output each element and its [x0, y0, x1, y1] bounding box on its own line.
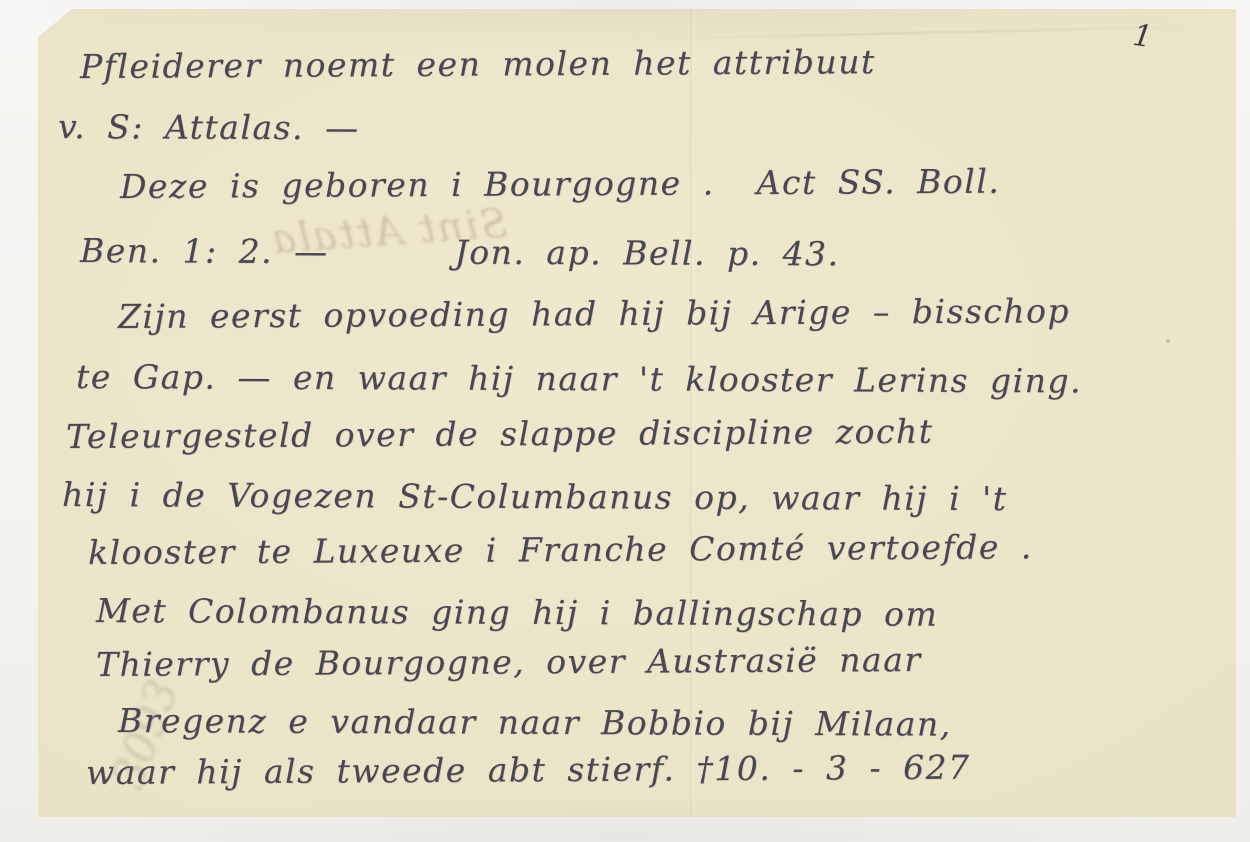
paper-speck [1166, 339, 1170, 343]
manuscript-line: klooster te Luxeuxe i Franche Comté vert… [88, 527, 1033, 572]
manuscript-line: Bregenz e vandaar naar Bobbio bij Milaan… [118, 701, 952, 744]
manuscript-line: Met Colombanus ging hij i ballingschap o… [96, 591, 938, 634]
handwriting-block: Pfleiderer noemt een molen het attribuut… [38, 9, 1236, 817]
manuscript-line: hij i de Vogezen St-Columbanus op, waar … [62, 475, 1008, 518]
manuscript-line: v. S: Attalas. — [58, 107, 360, 147]
manuscript-line: Deze is geboren i Bourgogne . Act SS. Bo… [120, 162, 1001, 206]
scanned-document: Sint Attala 3093 1 Pfleiderer noemt een … [0, 0, 1250, 842]
manuscript-line: Zijn eerst opvoeding had hij bij Arige –… [118, 291, 1070, 336]
manuscript-line: Ben. 1: 2. — Jon. ap. Bell. p. 43. [80, 231, 840, 273]
manuscript-line: Teleurgesteld over de slappe discipline … [66, 412, 934, 456]
manuscript-line: waar hij als tweede abt stierf. †10. - 3… [86, 748, 971, 792]
paper-speck [246, 436, 250, 440]
manuscript-paper: Sint Attala 3093 1 Pfleiderer noemt een … [38, 9, 1236, 817]
manuscript-line: te Gap. — en waar hij naar 't klooster L… [76, 357, 1082, 400]
manuscript-line: Thierry de Bourgogne, over Austrasië naa… [96, 640, 922, 684]
manuscript-line: Pfleiderer noemt een molen het attribuut [80, 42, 876, 86]
